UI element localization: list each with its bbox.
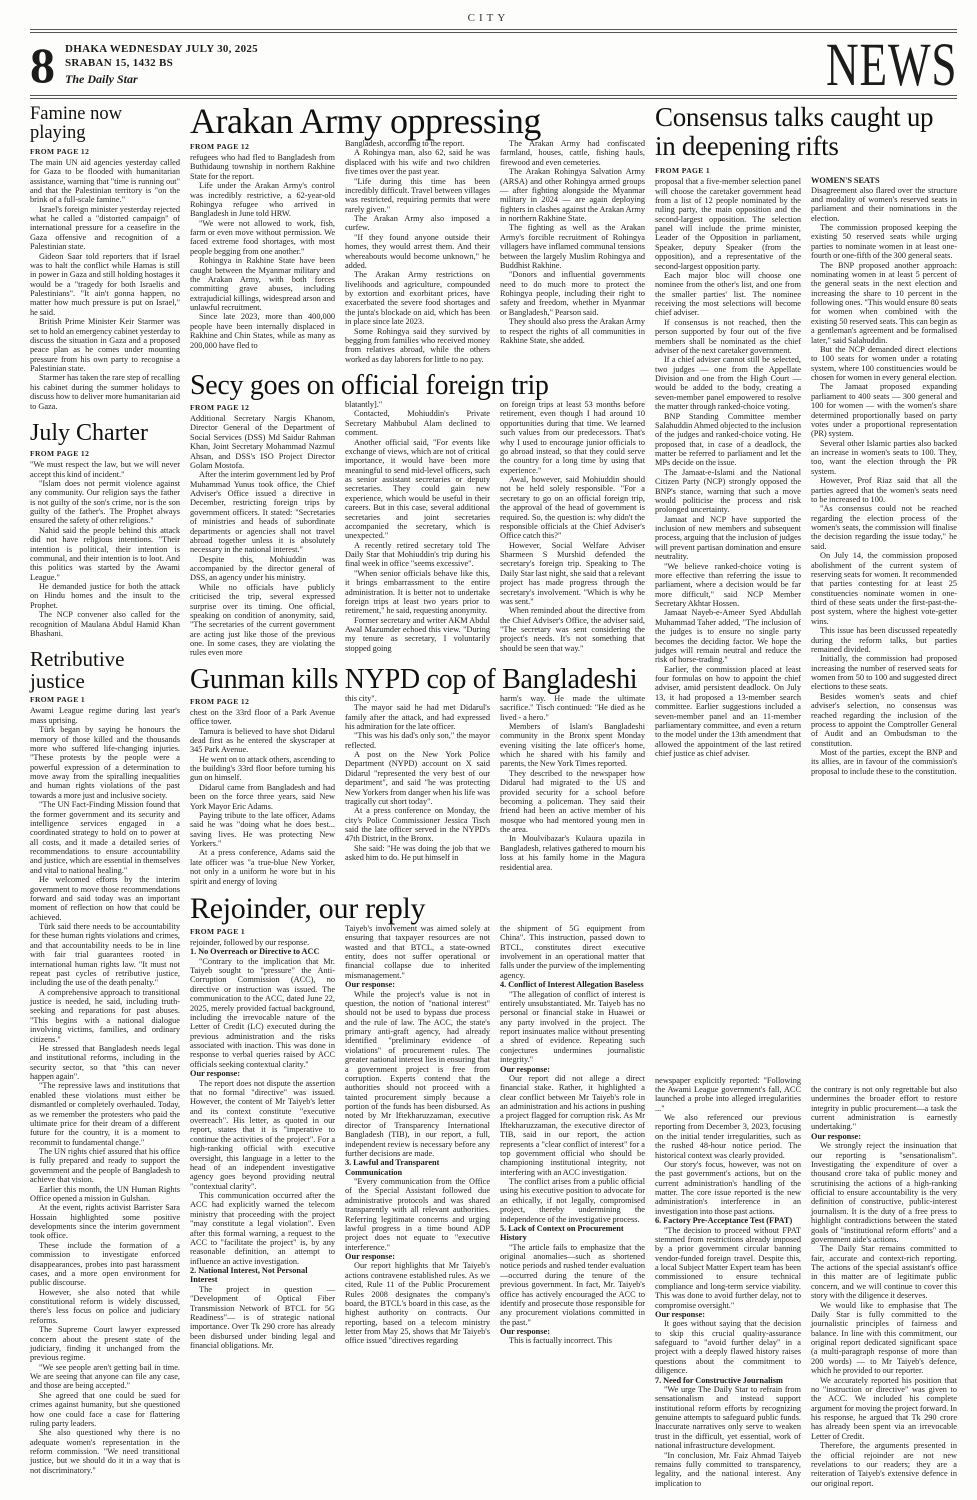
article-body: refugees who had fled to Bangladesh from…	[190, 153, 335, 350]
article-column: on foreign trips at least 53 months befo…	[500, 400, 645, 653]
spacer	[811, 163, 957, 176]
paragraph: "We urge The Daily Star to refrain from …	[655, 1385, 801, 1451]
article-column: Bangladesh, according to the report.A Ro…	[345, 139, 490, 364]
paragraph: When reminded about the directive from t…	[500, 606, 645, 653]
paragraph: The Supreme Court lawyer expressed conce…	[30, 1325, 180, 1363]
paragraph: The report does not dispute the assertio…	[190, 1079, 335, 1192]
paragraph: We would like to emphasise that The Dail…	[811, 1301, 957, 1376]
paragraph: "The decision to proceed without FPAT st…	[655, 1226, 801, 1310]
paragraph: They described to the newspaper how Dida…	[500, 769, 645, 835]
dateline: DHAKA WEDNESDAY JULY 30, 2025	[65, 43, 258, 57]
paragraph: Several other Islamic parties also backe…	[811, 439, 957, 477]
paragraph: Most of the parties, except the BNP and …	[811, 748, 957, 776]
article-column: FROM PAGE 1 proposal that a five-member …	[655, 163, 801, 1488]
article-body: The Arakan Army had confiscated farmland…	[500, 139, 645, 345]
paragraph: We strongly reject the insinuation that …	[811, 1141, 957, 1244]
paragraph: Members of Islam's Bangladeshi community…	[500, 722, 645, 769]
paragraph: The Jamaat proposed expanding parliament…	[811, 382, 957, 438]
paragraph: The Arakan Army had confiscated farmland…	[500, 139, 645, 167]
paragraph: The project in question — "Development o…	[190, 1285, 335, 1351]
right-columns: FROM PAGE 1 proposal that a five-member …	[655, 163, 957, 1488]
paragraph: Awal, however, said Mohiuddin should not…	[500, 475, 645, 541]
paragraph: We accurately reported his position that…	[811, 1376, 957, 1442]
paragraph: rejoinder, followed by our response.	[190, 938, 335, 947]
article-consensus: Consensus talks caught up in deepening r…	[655, 103, 957, 160]
headline-arakan: Arakan Army oppressing	[190, 103, 645, 139]
paragraph: However, Social Welfare Adviser Sharmeen…	[500, 541, 645, 607]
paragraph: Initially, the commission had proposed i…	[811, 654, 957, 692]
paragraph: Türk began by saying he honours the memo…	[30, 725, 180, 800]
paragraph: "Contrary to the implication that Mr. Ta…	[190, 957, 335, 1070]
headline-consensus: Consensus talks caught up in deepening r…	[655, 103, 957, 160]
paragraph: They should also press the Arakan Army t…	[500, 317, 645, 345]
paragraph: Our response:	[345, 1252, 490, 1261]
paragraph: The Jamaat-e-Islami and the National Cit…	[655, 468, 801, 515]
paragraph: "If they found anyone outside their home…	[345, 233, 490, 271]
paragraph: However, she also noted that while const…	[30, 1288, 180, 1326]
article-july-charter: July Charter FROM PAGE 12 "We must respe…	[30, 421, 180, 638]
paragraph: "The article fails to emphasize that the…	[500, 1243, 645, 1327]
paragraph: She said: "He was doing the job that we …	[345, 844, 490, 863]
paragraph: refugees who had fled to Bangladesh from…	[190, 153, 335, 181]
paragraph: It goes without saying that the decision…	[655, 1319, 801, 1375]
paragraph: The commission proposed keeping the exis…	[811, 223, 957, 261]
article-column: The Arakan Army had confiscated farmland…	[500, 139, 645, 345]
paragraph: 2. National Interest, Not Personal Inter…	[190, 1266, 335, 1285]
article-column: Taiyeb's involvement was aimed solely at…	[345, 924, 490, 1346]
paragraph: This communication occurred after the AC…	[190, 1191, 335, 1266]
headline-famine: Famine now playing	[30, 105, 180, 144]
paragraph: Disagreement also flared over the struct…	[811, 186, 957, 224]
article-body: Additional Secretary Nargis Khanom, Dire…	[190, 414, 335, 658]
paragraph: Our response:	[345, 980, 490, 989]
paragraph: Former secretary and writer AKM Abdul Aw…	[345, 616, 490, 654]
paragraph: Earlier, the commission placed at least …	[655, 665, 801, 759]
paragraph: The main UN aid agencies yesterday calle…	[30, 158, 180, 205]
paragraph: Bangladesh, according to the report.	[345, 139, 490, 148]
paragraph: 5. Lack of Context on Procurement Histor…	[500, 1224, 645, 1243]
paragraph: newspaper explicitly reported: "Followin…	[655, 1076, 801, 1114]
paragraph: If consensus is not reached, then the pe…	[655, 318, 801, 356]
paragraph: Our response:	[500, 1065, 645, 1074]
consensus-body-col-1: proposal that a five-member selection pa…	[655, 177, 801, 758]
paragraph: Paying tribute to the late officer, Adam…	[190, 811, 335, 849]
article-body: Awami League regime during last year's m…	[30, 706, 180, 1475]
paragraph: 4. Conflict of Interest Allegation Basel…	[500, 980, 645, 989]
paragraph: Our response:	[500, 1327, 645, 1336]
paragraph: The Arakan Rohingya Salvation Army (ARSA…	[500, 167, 645, 223]
article-column: the shipment of 5G equipment from China"…	[500, 924, 645, 1346]
article-arakan: Arakan Army oppressing FROM PAGE 12 refu…	[190, 103, 645, 364]
column-right-group: Consensus talks caught up in deepening r…	[655, 103, 957, 1488]
paragraph: "Every communication from the Office of …	[345, 1177, 490, 1252]
paragraph: "In conclusion, Mr. Faiz Ahmad Taiyeb re…	[655, 1451, 801, 1489]
paragraph: "We were not allowed to work, fish, farm…	[190, 219, 335, 257]
headline-secy-trip: Secy goes on official foreign trip	[190, 372, 645, 400]
paragraph: The BNP proposed another approach: nomin…	[811, 261, 957, 345]
paragraph: The fighting as well as the Arakan Army'…	[500, 223, 645, 270]
from-page-label: FROM PAGE 12	[30, 147, 180, 156]
from-page-label: FROM PAGE 12	[30, 449, 180, 458]
paragraph: The UN rights chief assured that his off…	[30, 1147, 180, 1185]
paragraph: "The allegation of conflict of interest …	[500, 990, 645, 1065]
paragraph: At the event, rights activist Barrister …	[30, 1203, 180, 1241]
paragraph: Taiyeb's involvement was aimed solely at…	[345, 924, 490, 980]
paragraph: "We believe ranked-choice voting is more…	[655, 562, 801, 609]
rejoinder-continuation-col-2: the contrary is not only regrettable but…	[811, 1085, 957, 1488]
paragraph: the shipment of 5G equipment from China"…	[500, 924, 645, 980]
newspaper-page: CITY 8 DHAKA WEDNESDAY JULY 30, 2025 SRA…	[0, 0, 977, 1500]
page-number: 8	[30, 39, 55, 91]
paragraph: Therefore, the arguments presented in th…	[811, 1441, 957, 1488]
paragraph: Jamaat Nayeb-e-Ameer Syed Abdullah Muham…	[655, 608, 801, 664]
paragraph: He stressed that Bangladesh needs legal …	[30, 1044, 180, 1082]
column-middle-group: Arakan Army oppressing FROM PAGE 12 refu…	[190, 103, 645, 1357]
paragraph: Nahid said the people behind this attack…	[30, 526, 180, 582]
article-body: Bangladesh, according to the report.A Ro…	[345, 139, 490, 364]
article-columns: FROM PAGE 12 refugees who had fled to Ba…	[190, 139, 645, 364]
headline-retributive-justice: Retributive justice	[30, 648, 180, 692]
paragraph: Jamaat and NCP have supported the inclus…	[655, 515, 801, 562]
paragraph: 7. Need for Constructive Journalism	[655, 1376, 801, 1385]
article-body: the shipment of 5G equipment from China"…	[500, 924, 645, 1346]
paragraph: this city".	[345, 694, 490, 703]
from-page-label: FROM PAGE 12	[190, 142, 335, 151]
paragraph: "We see people aren't getting bail in ti…	[30, 1363, 180, 1391]
dateline-block: DHAKA WEDNESDAY JULY 30, 2025 SRABAN 15,…	[65, 43, 258, 87]
article-body: rejoinder, followed by our response.1. N…	[190, 938, 335, 1351]
article-column: FROM PAGE 12 refugees who had fled to Ba…	[190, 139, 335, 350]
paragraph: These include the formation of a commiss…	[30, 1241, 180, 1288]
paragraph: On July 14, the commission proposed abol…	[811, 551, 957, 626]
paragraph: 1. No Overreach or Directive to ACC	[190, 947, 335, 956]
paragraph: He demanded justice for both the attack …	[30, 582, 180, 610]
column-left: Famine now playing FROM PAGE 12 The main…	[30, 103, 180, 1475]
paragraph: Despite this, Mohiuddin was accompanied …	[190, 555, 335, 583]
paragraph: He went on to attack others, ascending t…	[190, 755, 335, 783]
article-secy-trip: Secy goes on official foreign trip FROM …	[190, 372, 645, 658]
paragraph: Besides women's seats and chief adviser'…	[811, 692, 957, 748]
paragraph: A post on the New York Police Department…	[345, 750, 490, 806]
paragraph: The NCP convener also called for the rec…	[30, 610, 180, 638]
paragraph: This is factually incorrect. This	[500, 1336, 645, 1345]
article-famine: Famine now playing FROM PAGE 12 The main…	[30, 105, 180, 411]
paragraph: Additional Secretary Nargis Khanom, Dire…	[190, 414, 335, 470]
article-body: harm's way. He made the ultimate sacrifi…	[500, 694, 645, 872]
paragraph: "This was his dad's only son," the mayor…	[345, 731, 490, 750]
article-rejoinder: Rejoinder, our reply FROM PAGE 1 rejoind…	[190, 894, 645, 1351]
dateline-bengali-calendar: SRABAN 15, 1432 BS	[65, 57, 258, 71]
paragraph: Tamura is believed to have shot Didarul …	[190, 727, 335, 755]
article-body: blatantly]."Contacted, Mohiuddin's Priva…	[345, 400, 490, 653]
paragraph: A Rohingya man, also 62, said he was dis…	[345, 148, 490, 176]
paragraph: While the project's value is not in ques…	[345, 990, 490, 1159]
paragraph: "When senior officials behave like this,…	[345, 569, 490, 616]
paragraph: "Life during this time has been incredib…	[345, 177, 490, 215]
article-gunman-nypd: Gunman kills NYPD cop of Bangladeshi FRO…	[190, 666, 645, 886]
article-columns: FROM PAGE 12 Additional Secretary Nargis…	[190, 400, 645, 658]
article-column: WOMEN'S SEATSDisagreement also flared ov…	[811, 163, 957, 1488]
article-retributive-justice: Retributive justice FROM PAGE 1 Awami Le…	[30, 648, 180, 1475]
article-body: Taiyeb's involvement was aimed solely at…	[345, 924, 490, 1346]
headline-july-charter: July Charter	[30, 421, 180, 446]
paragraph: "Islam does not permit violence against …	[30, 479, 180, 526]
paragraph: While no officials have publicly critici…	[190, 583, 335, 658]
paragraph: Our report highlights that Mr Taiyeb's a…	[345, 1261, 490, 1345]
paragraph: Since late 2023, more than 400,000 peopl…	[190, 312, 335, 350]
article-body: on foreign trips at least 53 months befo…	[500, 400, 645, 653]
paragraph: But the NCP demanded direct elections to…	[811, 345, 957, 383]
page-header: 8 DHAKA WEDNESDAY JULY 30, 2025 SRABAN 1…	[0, 33, 977, 95]
paragraph: A comprehensive approach to transitional…	[30, 988, 180, 1044]
paragraph: This issue has been discussed repeatedly…	[811, 626, 957, 654]
paragraph: At a press conference, Adams said the la…	[190, 848, 335, 886]
paragraph: He welcomed efforts by the interim gover…	[30, 875, 180, 922]
paragraph: Contacted, Mohiuddin's Private Secretary…	[345, 409, 490, 437]
paragraph: "As consensus could not be reached regar…	[811, 504, 957, 551]
paragraph: Earlier this month, the UN Human Rights …	[30, 1185, 180, 1204]
paragraph: She also questioned why there is no adeq…	[30, 1428, 180, 1475]
rejoinder-continuation-col-1: newspaper explicitly reported: "Followin…	[655, 1076, 801, 1489]
from-page-label: FROM PAGE 1	[30, 695, 180, 704]
article-body: this city".The mayor said he had met Did…	[345, 694, 490, 863]
paragraph: The Arakan Army also imposed a curfew.	[345, 214, 490, 233]
paragraph: "Donors and influential governments need…	[500, 270, 645, 317]
paragraph: The Arakan Army restrictions on liveliho…	[345, 270, 490, 326]
paragraph: "We must respect the law, but we will ne…	[30, 460, 180, 479]
paragraph: proposal that a five-member selection pa…	[655, 177, 801, 271]
from-page-label: FROM PAGE 1	[655, 166, 801, 175]
article-columns: FROM PAGE 1 rejoinder, followed by our r…	[190, 924, 645, 1351]
paragraph: British Prime Minister Keir Starmer was …	[30, 317, 180, 373]
paragraph: The conflict arises from a public offici…	[500, 1177, 645, 1224]
article-column: FROM PAGE 12 Additional Secretary Nargis…	[190, 400, 335, 658]
paragraph: Türk said there needs to be accountabili…	[30, 922, 180, 988]
paragraph: WOMEN'S SEATS	[811, 176, 957, 185]
paragraph: A recently retired secretary told The Da…	[345, 541, 490, 569]
paragraph: Some Rohingya said they survived by begg…	[345, 327, 490, 365]
paragraph: BNP Standing Committee member Salahuddin…	[655, 412, 801, 468]
masthead-logo: The Daily Star	[65, 72, 258, 87]
from-page-label: FROM PAGE 12	[190, 697, 335, 706]
from-page-label: FROM PAGE 12	[190, 403, 335, 412]
paragraph: However, Prof Riaz said that all the par…	[811, 476, 957, 504]
paragraph: chest on the 33rd floor of a Park Avenue…	[190, 708, 335, 727]
from-page-label: FROM PAGE 1	[190, 927, 335, 936]
paragraph: harm's way. He made the ultimate sacrifi…	[500, 694, 645, 722]
paragraph: the contrary is not only regrettable but…	[811, 1085, 957, 1132]
paragraph: Gideon Saar told reporters that if Israe…	[30, 252, 180, 318]
paragraph: After the interim government led by Prof…	[190, 470, 335, 554]
section-title: NEWS	[826, 39, 957, 92]
article-column: blatantly]."Contacted, Mohiuddin's Priva…	[345, 400, 490, 653]
paragraph: Our response:	[811, 1132, 957, 1141]
paragraph: She agreed that one could be sued for cr…	[30, 1391, 180, 1429]
paragraph: Israel's foreign minister yesterday reje…	[30, 205, 180, 252]
paragraph: Awami League regime during last year's m…	[30, 706, 180, 725]
paragraph: Our response:	[655, 1310, 801, 1319]
paragraph: Rohingya in Rakhine State have been caug…	[190, 256, 335, 312]
article-columns: FROM PAGE 12 chest on the 33rd floor of …	[190, 694, 645, 886]
headline-gunman-nypd: Gunman kills NYPD cop of Bangladeshi	[190, 666, 645, 694]
paragraph: Starmer has taken the rare step of recal…	[30, 373, 180, 411]
paragraph: on foreign trips at least 53 months befo…	[500, 400, 645, 475]
article-body: "We must respect the law, but we will ne…	[30, 460, 180, 638]
paragraph: If a chief adviser cannot still be selec…	[655, 355, 801, 411]
paragraph: Didarul came from Bangladesh and had bee…	[190, 783, 335, 811]
article-body: The main UN aid agencies yesterday calle…	[30, 158, 180, 411]
paragraph: 6. Factory Pre-Acceptance Test (FPAT)	[655, 1216, 801, 1225]
article-column: this city".The mayor said he had met Did…	[345, 694, 490, 863]
paragraph: Each major bloc will choose one nominee …	[655, 271, 801, 318]
paragraph: Life under the Arakan Army's control was…	[190, 181, 335, 219]
article-column: harm's way. He made the ultimate sacrifi…	[500, 694, 645, 872]
paragraph: Our response:	[190, 1069, 335, 1078]
paragraph: 3. Lawful and Transparent Communication	[345, 1158, 490, 1177]
article-column: FROM PAGE 12 chest on the 33rd floor of …	[190, 694, 335, 886]
paragraph: The mayor said he had met Didarul's fami…	[345, 703, 490, 731]
article-column: FROM PAGE 1 rejoinder, followed by our r…	[190, 924, 335, 1351]
headline-rejoinder: Rejoinder, our reply	[190, 894, 645, 924]
paragraph: "The UN Fact-Finding Mission found that …	[30, 800, 180, 875]
paragraph: At a press conference on Monday, the cit…	[345, 806, 490, 844]
page-body: Famine now playing FROM PAGE 12 The main…	[0, 99, 977, 1488]
paragraph: blatantly]."	[345, 400, 490, 409]
paragraph: We also referenced our previous reportin…	[655, 1113, 801, 1160]
paragraph: In Moulvibazar's Kulaura upazila in Bang…	[500, 834, 645, 872]
paragraph: The Daily Star remains committed to fair…	[811, 1244, 957, 1300]
paragraph: Another official said, "For events like …	[345, 438, 490, 541]
paragraph: Our report did not allege a direct finan…	[500, 1074, 645, 1177]
paragraph: Our story's focus, however, was not on t…	[655, 1160, 801, 1216]
article-body: chest on the 33rd floor of a Park Avenue…	[190, 708, 335, 886]
paragraph: "The repressive laws and institutions th…	[30, 1081, 180, 1147]
section-kicker: CITY	[0, 0, 977, 24]
consensus-body-col-2: WOMEN'S SEATSDisagreement also flared ov…	[811, 176, 957, 776]
